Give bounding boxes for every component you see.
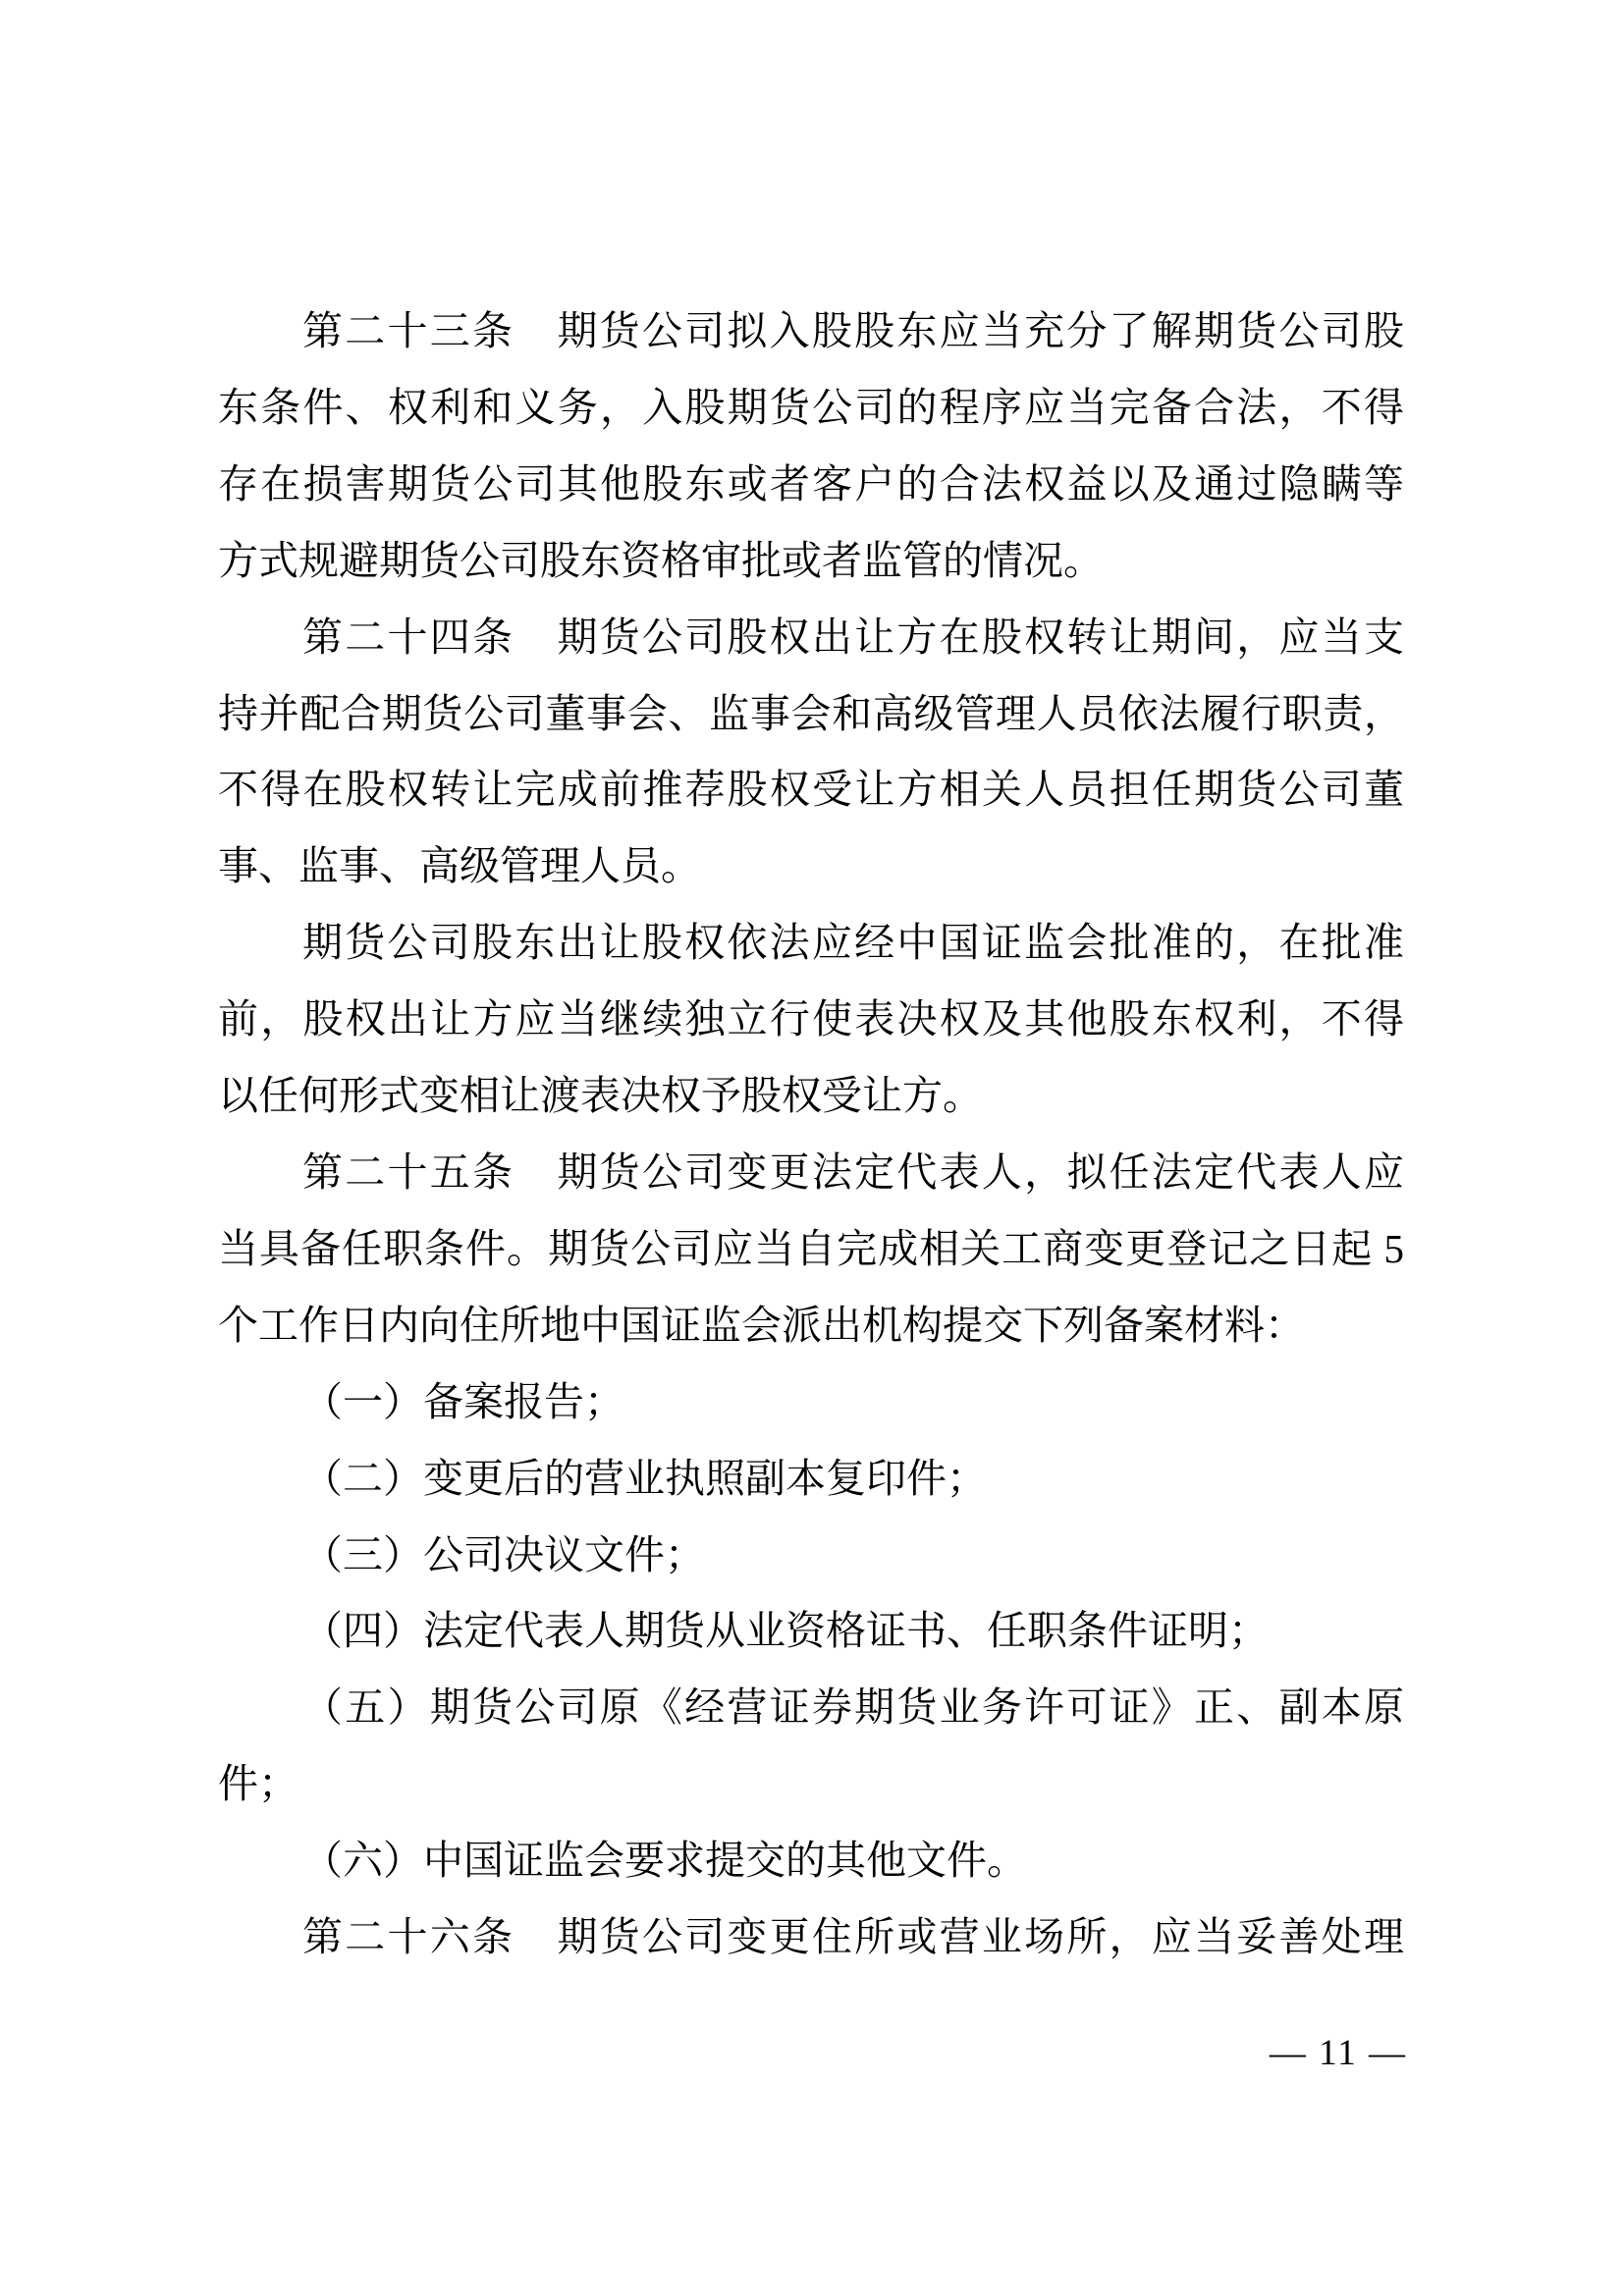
text-line-article-25: 第二十五条 期货公司变更法定代表人，拟任法定代表人应 bbox=[218, 1135, 1404, 1211]
text-line-item-2: （二）变更后的营业执照副本复印件； bbox=[218, 1441, 1404, 1518]
text-line: 不得在股权转让完成前推荐股权受让方相关人员担任期货公司董 bbox=[218, 752, 1404, 828]
text-line: 以任何形式变相让渡表决权予股权受让方。 bbox=[218, 1058, 1404, 1135]
text-line: 当具备任职条件。期货公司应当自完成相关工商变更登记之日起 5 bbox=[218, 1211, 1404, 1288]
text-line: 事、监事、高级管理人员。 bbox=[218, 828, 1404, 905]
text-line-item-1: （一）备案报告； bbox=[218, 1364, 1404, 1441]
text-line-item-5: （五）期货公司原《经营证券期货业务许可证》正、副本原 bbox=[218, 1670, 1404, 1746]
document-page: 第二十三条 期货公司拟入股股东应当充分了解期货公司股 东条件、权利和义务，入股期… bbox=[0, 0, 1624, 2296]
text-line: 件； bbox=[218, 1746, 1404, 1823]
text-line: 东条件、权利和义务，入股期货公司的程序应当完备合法，不得 bbox=[218, 370, 1404, 447]
text-line: 持并配合期货公司董事会、监事会和高级管理人员依法履行职责， bbox=[218, 676, 1404, 753]
text-line-item-3: （三）公司决议文件； bbox=[218, 1518, 1404, 1594]
text-line: 期货公司股东出让股权依法应经中国证监会批准的，在批准 bbox=[218, 905, 1404, 982]
text-line-item-4: （四）法定代表人期货从业资格证书、任职条件证明； bbox=[218, 1593, 1404, 1670]
text-line-article-23: 第二十三条 期货公司拟入股股东应当充分了解期货公司股 bbox=[218, 294, 1404, 370]
text-line: 存在损害期货公司其他股东或者客户的合法权益以及通过隐瞒等 bbox=[218, 447, 1404, 523]
text-line-article-24: 第二十四条 期货公司股权出让方在股权转让期间，应当支 bbox=[218, 600, 1404, 676]
document-text-block: 第二十三条 期货公司拟入股股东应当充分了解期货公司股 东条件、权利和义务，入股期… bbox=[218, 294, 1404, 1976]
text-line: 方式规避期货公司股东资格审批或者监管的情况。 bbox=[218, 523, 1404, 600]
page-number: — 11 — bbox=[1270, 2034, 1407, 2073]
text-line: 前，股权出让方应当继续独立行使表决权及其他股东权利，不得 bbox=[218, 982, 1404, 1058]
text-line-item-6: （六）中国证监会要求提交的其他文件。 bbox=[218, 1823, 1404, 1899]
text-line: 个工作日内向住所地中国证监会派出机构提交下列备案材料： bbox=[218, 1288, 1404, 1364]
text-line-article-26: 第二十六条 期货公司变更住所或营业场所，应当妥善处理 bbox=[218, 1899, 1404, 1976]
